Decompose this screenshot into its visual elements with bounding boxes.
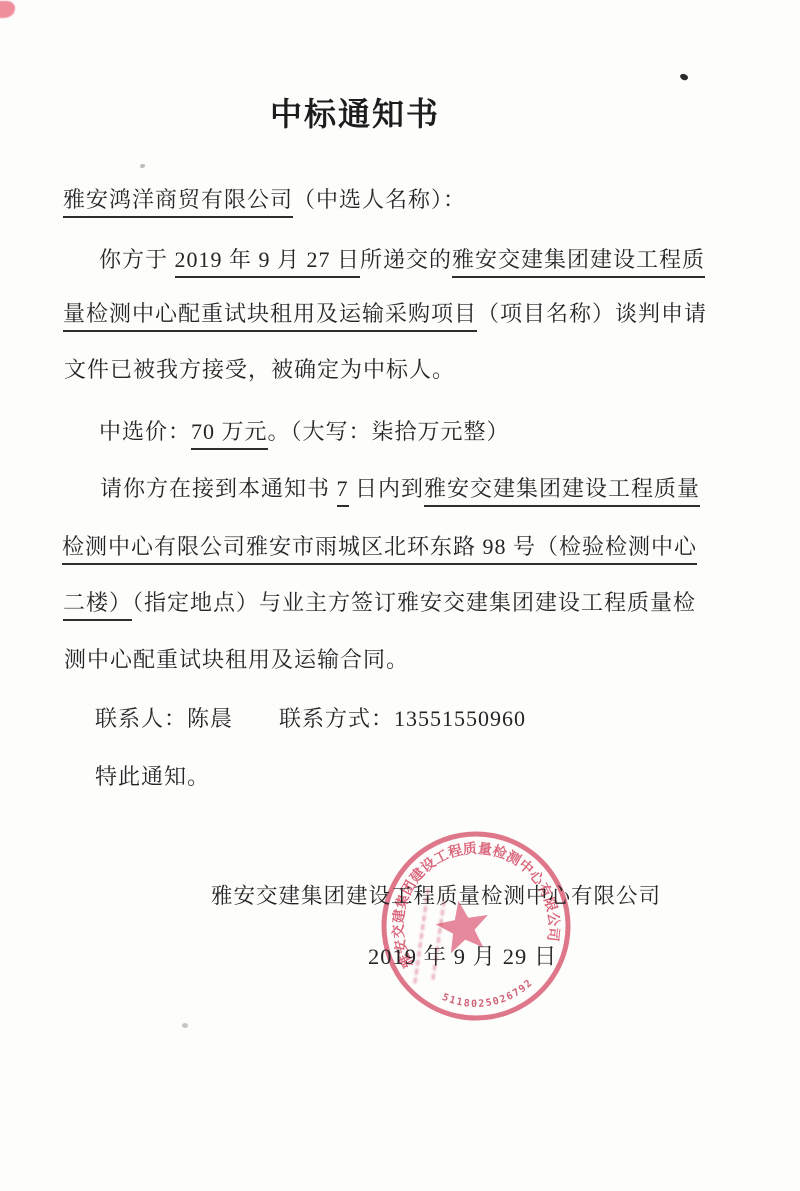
days-value: 7 [337, 476, 349, 507]
ink-speck [679, 72, 689, 82]
para1-text: 你方于 [99, 247, 175, 272]
para3-line3: 二楼）（指定地点）与业主方签订雅安交建集团建设工程质量检 [63, 592, 696, 614]
para3-text: （指定地点）与业主方签订雅安交建集团建设工程质量检 [132, 590, 696, 615]
para1-text: （项目名称）谈判申请 [477, 301, 707, 326]
closing-line: 特此通知。 [95, 766, 210, 788]
contact-line: 联系人：陈晨联系方式：13551550960 [95, 708, 526, 730]
submission-date: 2019 年 9 月 27 日 [175, 247, 361, 278]
project-name-part1: 雅安交建集团建设工程质 [452, 247, 705, 278]
price-in-words: 。（大写：柒拾万元整） [268, 419, 510, 444]
official-red-seal: 雅安交建集团建设工程质量检测中心有限公司 5118025026792 [360, 810, 592, 1042]
ink-speck [140, 164, 145, 168]
contact-person-label: 联系人： [95, 706, 187, 731]
para3-text: 日内到 [349, 476, 425, 501]
address-part2: 检测中心有限公司雅安市雨城区北环东路 98 号（检验检测中心 [62, 534, 697, 565]
seal-graphic: 雅安交建集团建设工程质量检测中心有限公司 5118025026792 [360, 810, 592, 1042]
seal-code-text: 5118025026792 [439, 976, 538, 1017]
address-part1: 雅安交建集团建设工程质量 [424, 476, 700, 507]
price-line: 中选价：70 万元。（大写：柒拾万元整） [99, 421, 510, 443]
salutation-suffix: （中选人名称）： [293, 187, 466, 212]
contact-phone-label: 联系方式： [279, 706, 394, 731]
para3-line1: 请你方在接到本通知书 7 日内到雅安交建集团建设工程质量 [100, 478, 700, 500]
project-name-part2: 量检测中心配重试块租用及运输采购项目 [63, 301, 477, 332]
para3-line2: 检测中心有限公司雅安市雨城区北环东路 98 号（检验检测中心 [62, 536, 697, 558]
contact-phone: 13551550960 [394, 706, 526, 731]
document-title: 中标通知书 [270, 89, 440, 135]
salutation-line: 雅安鸿洋商贸有限公司（中选人名称）： [63, 189, 466, 211]
para3-line4: 测中心配重试块租用及运输合同。 [64, 649, 409, 671]
signature-date: 2019 年 9 月 29 日 [368, 946, 557, 969]
para1-line3: 文件已被我方接受，被确定为中标人。 [64, 359, 455, 381]
ink-speck [181, 1022, 188, 1029]
para1-text: 所递交的 [360, 247, 452, 272]
para3-text: 请你方在接到本通知书 [100, 476, 337, 501]
para1-line2: 量检测中心配重试块租用及运输采购项目（项目名称）谈判申请 [63, 303, 707, 325]
address-part3: 二楼） [63, 590, 132, 621]
price-value: 70 万元 [191, 419, 268, 450]
red-corner-scan-mark [0, 1, 15, 18]
winner-name: 雅安鸿洋商贸有限公司 [63, 187, 293, 218]
signature-company: 雅安交建集团建设工程质量检测中心有限公司 [211, 886, 661, 908]
price-label: 中选价： [99, 419, 191, 444]
contact-person: 陈晨 [187, 706, 233, 731]
scanned-document-page: 中标通知书 雅安鸿洋商贸有限公司（中选人名称）： 你方于 2019 年 9 月 … [0, 0, 800, 1191]
para1-line1: 你方于 2019 年 9 月 27 日所递交的雅安交建集团建设工程质 [99, 249, 705, 271]
